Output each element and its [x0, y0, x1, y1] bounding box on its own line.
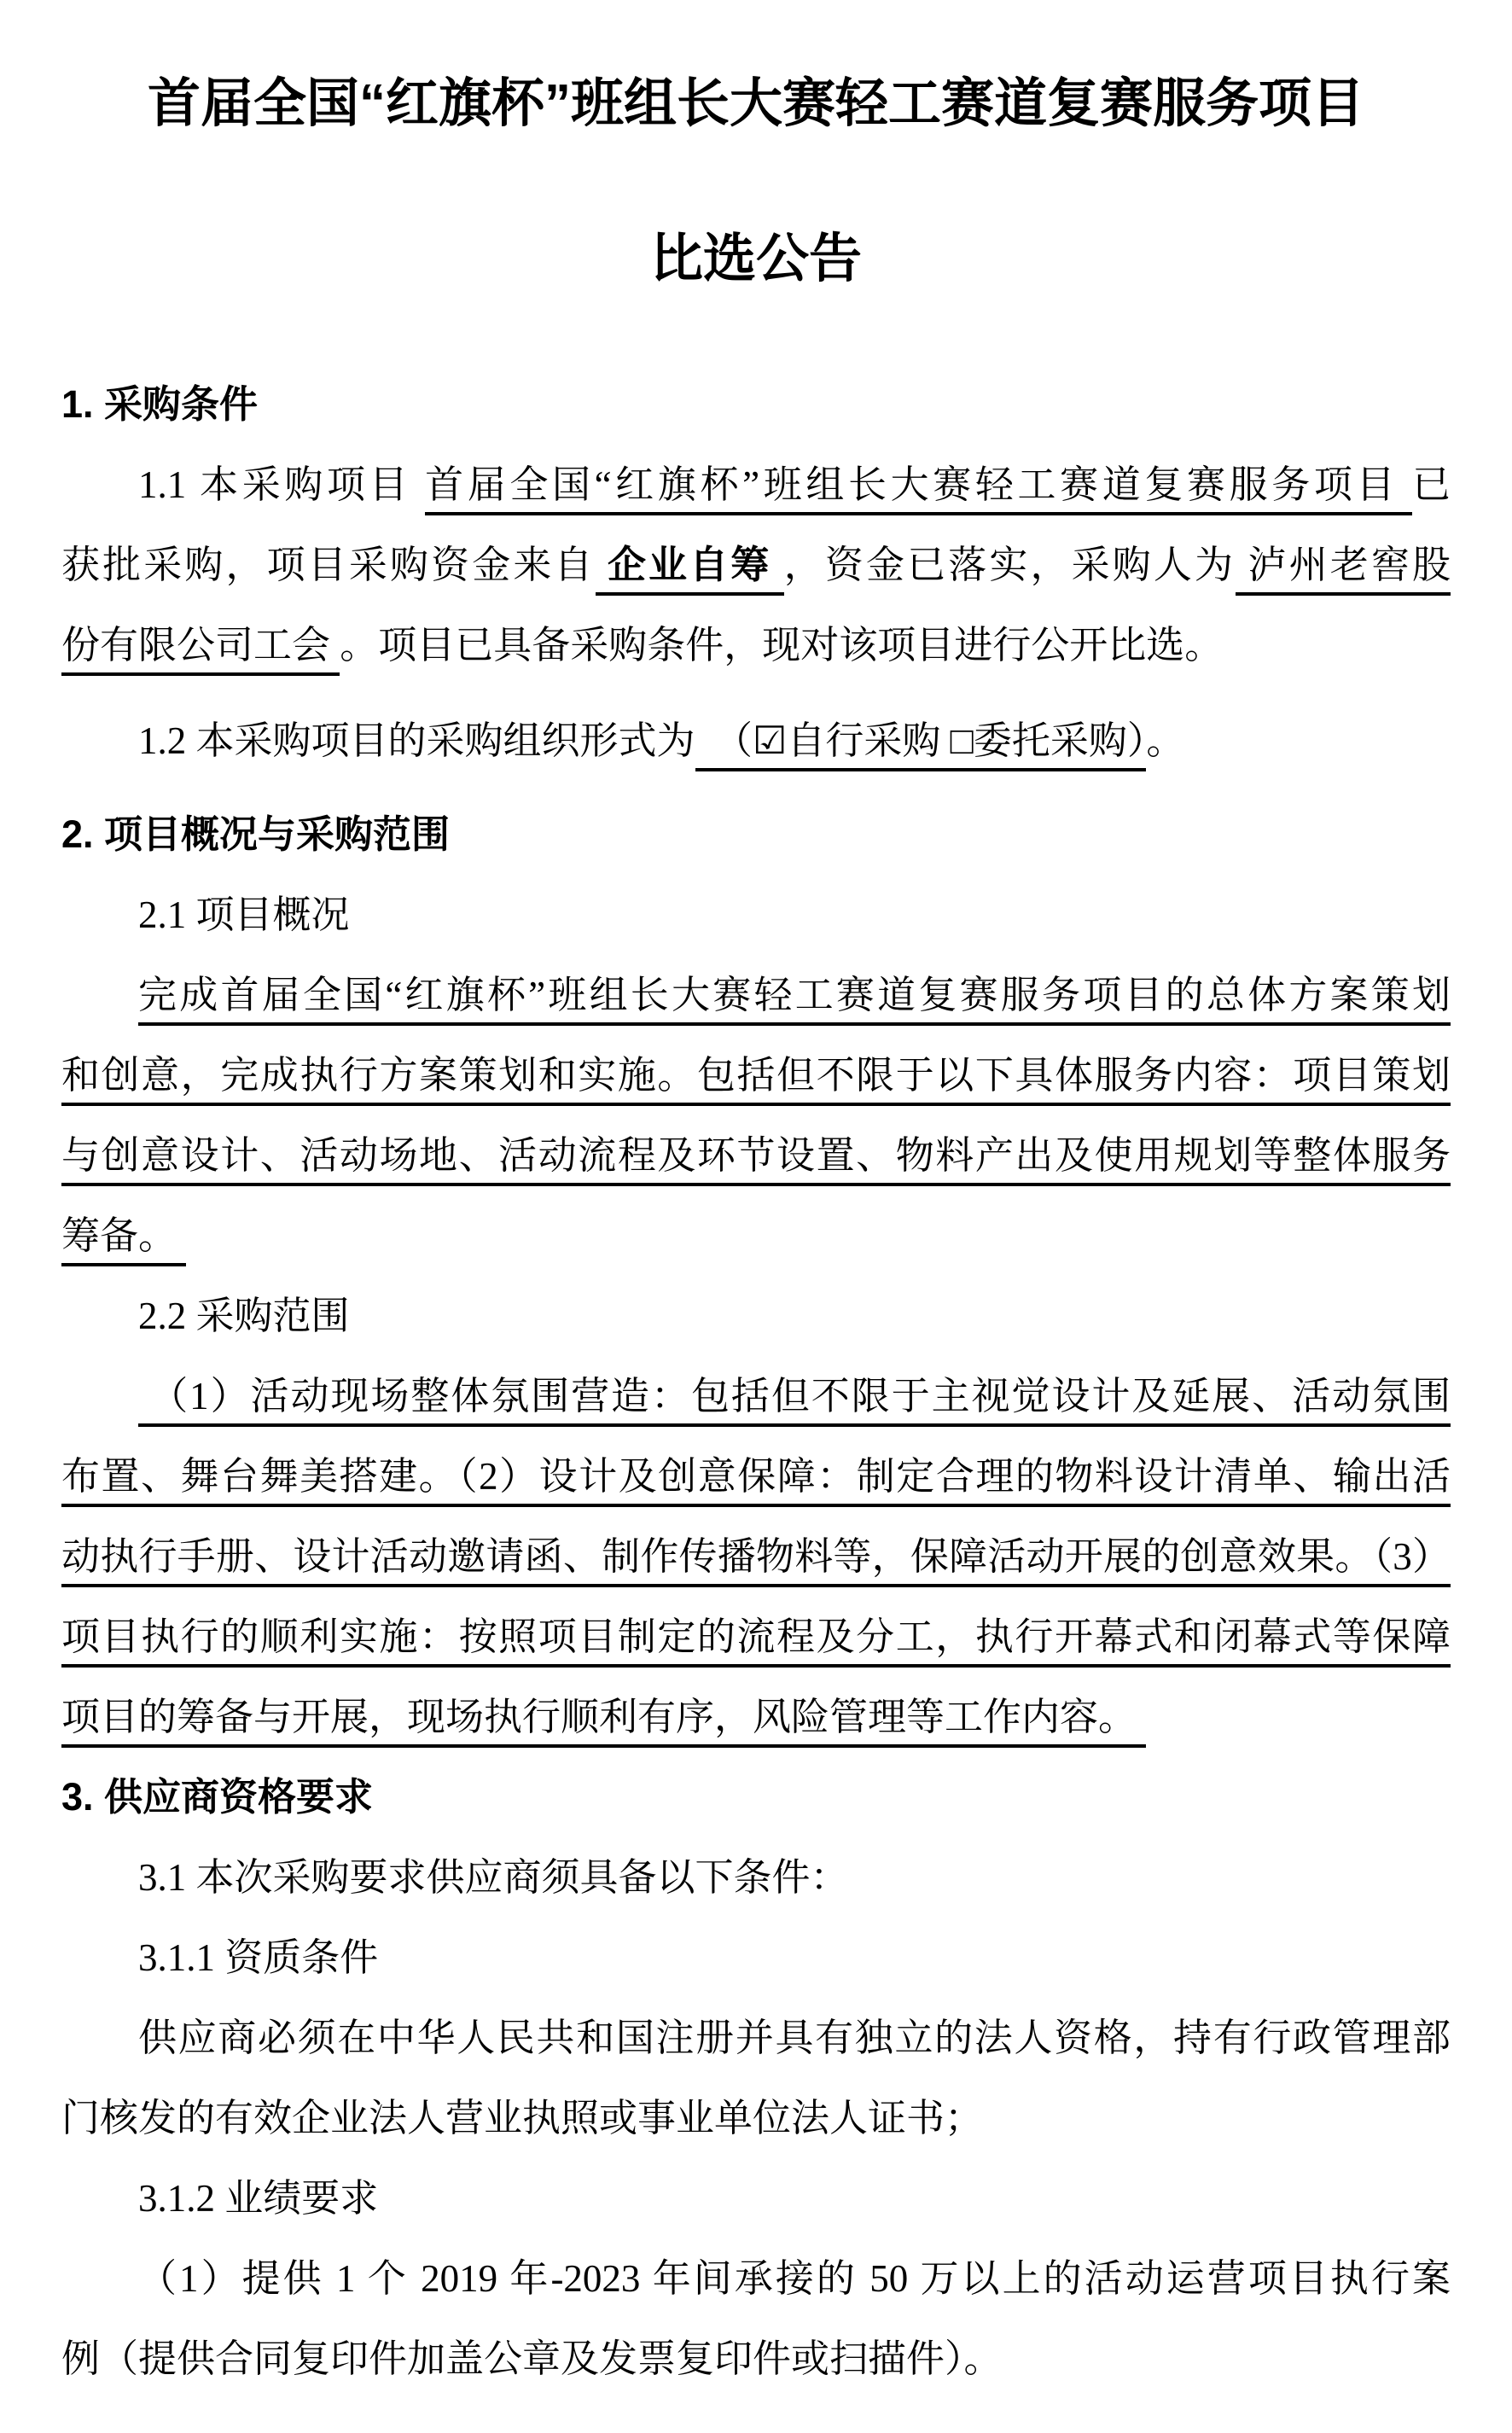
- para-3-1-2-heading: 3.1.2 业绩要求: [61, 2158, 1451, 2238]
- text-run: 3.1.2 业绩要求: [138, 2177, 378, 2220]
- text-run: 获批采购，项目采购资金来自: [61, 544, 596, 586]
- text-run: ，资金已落实，采购人为: [784, 544, 1236, 586]
- underlined-text: 项目的筹备与开展，现场执行顺利有序，风险管理等工作内容。: [61, 1696, 1146, 1748]
- text-run: 1.1 本采购项目: [138, 463, 425, 506]
- para-1-2: 1.2 本采购项目的采购组织形式为 （☑自行采购 □委托采购）。: [61, 701, 1451, 781]
- text-run: 例（提供合同复印件加盖公章及发票复印件或扫描件）。: [61, 2337, 1003, 2380]
- para-2-2-heading: 2.2 采购范围: [61, 1276, 1451, 1356]
- underlined-text: 首届全国“红旗杯”班组长大赛轻工赛道复赛服务项目: [425, 463, 1412, 515]
- underlined-text: [695, 719, 734, 771]
- para-2-2-line3: 动执行手册、设计活动邀请函、制作传播物料等，保障活动开展的创意效果。（3）: [61, 1516, 1451, 1597]
- para-1-1-line2: 获批采购，项目采购资金来自 企业自筹 ，资金已落实，采购人为 泸州老窖股: [61, 525, 1451, 605]
- para-2-1-line3: 与创意设计、活动场地、活动流程及环节设置、物料产出及使用规划等整体服务: [61, 1115, 1451, 1196]
- underlined-text: 动执行手册、设计活动邀请函、制作传播物料等，保障活动开展的创意效果。（3）: [61, 1535, 1451, 1587]
- para-3-1-1-heading: 3.1.1 资质条件: [61, 1918, 1451, 1998]
- para-2-1-line4: 筹备。: [61, 1196, 1451, 1276]
- para-2-1-line1: 完成首届全国“红旗杯”班组长大赛轻工赛道复赛服务项目的总体方案策划: [61, 955, 1451, 1035]
- section-1-heading: 1. 采购条件: [61, 364, 1451, 445]
- text-run: 3.1.1 资质条件: [138, 1936, 378, 1979]
- para-2-1-line2: 和创意，完成执行方案策划和实施。包括但不限于以下具体服务内容：项目策划: [61, 1035, 1451, 1115]
- text-run: 1.2 本采购项目的采购组织形式为: [138, 719, 695, 762]
- underlined-text: [1236, 544, 1247, 596]
- para-3-1-heading: 3.1 本次采购要求供应商须具备以下条件：: [61, 1837, 1451, 1918]
- underlined-text: 完成首届全国“红旗杯”班组长大赛轻工赛道复赛服务项目的总体方案策划: [138, 974, 1451, 1026]
- text-run: 3.1 本次采购要求供应商须具备以下条件：: [138, 1856, 849, 1899]
- text-run: 供应商必须在中华人民共和国注册并具有独立的法人资格，持有行政管理部: [138, 2017, 1451, 2059]
- document-title: 首届全国“红旗杯”班组长大赛轻工赛道复赛服务项目: [61, 73, 1451, 136]
- para-2-2-line4: 项目执行的顺利实施：按照项目制定的流程及分工，执行开幕式和闭幕式等保障: [61, 1597, 1451, 1677]
- para-2-2-line1: （1）活动现场整体氛围营造：包括但不限于主视觉设计及延展、活动氛围: [61, 1356, 1451, 1436]
- document-page: 首届全国“红旗杯”班组长大赛轻工赛道复赛服务项目 比选公告 1. 采购条件1.1…: [0, 0, 1512, 2433]
- underlined-text: [771, 544, 783, 596]
- section-3-heading: 3. 供应商资格要求: [61, 1757, 1451, 1837]
- underlined-text: 布置、舞台舞美搭建。（2）设计及创意保障：制定合理的物料设计清单、输出活: [61, 1455, 1451, 1507]
- para-3-1-2-line2: 例（提供合同复印件加盖公章及发票复印件或扫描件）。: [61, 2319, 1451, 2399]
- underlined-text: 泸州老窖股: [1248, 544, 1451, 596]
- text-run: 2.2 采购范围: [138, 1295, 350, 1337]
- para-2-2-line2: 布置、舞台舞美搭建。（2）设计及创意保障：制定合理的物料设计清单、输出活: [61, 1436, 1451, 1516]
- para-3-1-1-line1: 供应商必须在中华人民共和国注册并具有独立的法人资格，持有行政管理部: [61, 1998, 1451, 2078]
- document-subtitle: 比选公告: [61, 228, 1451, 291]
- underlined-text: 委托采购）: [974, 719, 1147, 771]
- text-run: 门核发的有效企业法人营业执照或事业单位法人证书；: [61, 2097, 983, 2139]
- underlined-text: 项目执行的顺利实施：按照项目制定的流程及分工，执行开幕式和闭幕式等保障: [61, 1615, 1451, 1668]
- para-3-1-2-line1: （1）提供 1 个 2019 年-2023 年间承接的 50 万以上的活动运营项…: [61, 2238, 1451, 2319]
- underlined-text: 和创意，完成执行方案策划和实施。包括但不限于以下具体服务内容：项目策划: [61, 1054, 1451, 1106]
- checkbox-unchecked-icon: □: [951, 719, 974, 771]
- text-run: 。项目已具备采购条件，现对该项目进行公开比选。: [340, 624, 1223, 666]
- underlined-text: 与创意设计、活动场地、活动流程及环节设置、物料产出及使用规划等整体服务: [61, 1134, 1451, 1186]
- text-run: 1. 采购条件: [61, 382, 258, 426]
- para-2-2-line5: 项目的筹备与开展，现场执行顺利有序，风险管理等工作内容。: [61, 1677, 1451, 1757]
- underlined-text: （1）活动现场整体氛围营造：包括但不限于主视觉设计及延展、活动氛围: [138, 1375, 1451, 1427]
- section-2-heading: 2. 项目概况与采购范围: [61, 795, 1451, 875]
- para-3-1-1-line2: 门核发的有效企业法人营业执照或事业单位法人证书；: [61, 2078, 1451, 2158]
- checkbox-checked-icon: ☑: [753, 719, 787, 771]
- text-run: 2. 项目概况与采购范围: [61, 812, 450, 856]
- para-2-1-heading: 2.1 项目概况: [61, 875, 1451, 955]
- text-run: 3. 供应商资格要求: [61, 1775, 373, 1819]
- text-run: 。: [1146, 719, 1184, 762]
- text-run: （1）提供 1 个 2019 年-2023 年间承接的 50 万以上的活动运营项…: [138, 2257, 1451, 2300]
- underlined-text: 份有限公司工会: [61, 624, 340, 676]
- underlined-text: 筹备。: [61, 1214, 186, 1266]
- underlined-text: [596, 544, 608, 596]
- underlined-text: 自行采购: [787, 719, 950, 771]
- para-1-1-line1: 1.1 本采购项目 首届全国“红旗杯”班组长大赛轻工赛道复赛服务项目 已: [61, 445, 1451, 525]
- underlined-text: 企业自筹: [608, 544, 771, 596]
- para-1-1-line3: 份有限公司工会 。项目已具备采购条件，现对该项目进行公开比选。: [61, 605, 1451, 685]
- document-body: 1. 采购条件1.1 本采购项目 首届全国“红旗杯”班组长大赛轻工赛道复赛服务项…: [61, 364, 1451, 2399]
- underlined-text: （: [734, 719, 753, 771]
- text-run: 已: [1412, 463, 1451, 506]
- text-run: 2.1 项目概况: [138, 893, 350, 936]
